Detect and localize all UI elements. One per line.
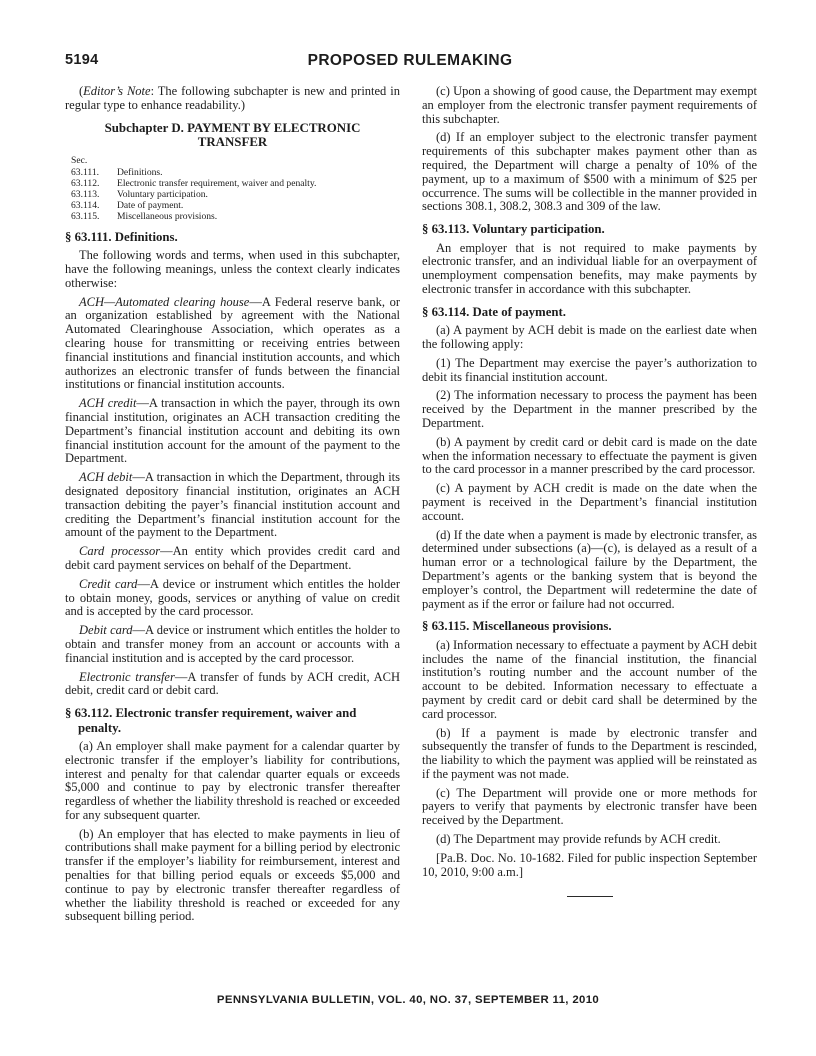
subchapter-heading: Subchapter D. PAYMENT BY ELECTRONIC TRAN…: [82, 121, 384, 150]
section-toc: Sec. 63.111. Definitions. 63.112. Electr…: [65, 155, 400, 222]
toc-entry-number: 63.112.: [71, 178, 117, 189]
definition-card-processor: Card processor—An entity which provides …: [65, 545, 400, 573]
section-heading-63-111: § 63.111. Definitions.: [65, 230, 400, 244]
header-title: PROPOSED RULEMAKING: [65, 52, 755, 70]
paragraph-63-114-a1: (1) The Department may exercise the paye…: [422, 357, 757, 385]
paragraph-63-112-b: (b) An employer that has elected to make…: [65, 828, 400, 925]
definition-term: Debit card: [79, 623, 133, 637]
filing-note: [Pa.B. Doc. No. 10-1682. Filed for publi…: [422, 852, 757, 880]
editors-note-term: Editor’s Note: [83, 84, 150, 98]
paragraph-63-114-b: (b) A payment by credit card or debit ca…: [422, 436, 757, 477]
toc-entry: 63.113. Voluntary participation.: [71, 189, 400, 200]
paragraph-63-114-a: (a) A payment by ACH debit is made on th…: [422, 324, 757, 352]
definition-ach: ACH—Automated clearing house—A Federal r…: [65, 296, 400, 393]
definition-ach-credit: ACH credit—A transaction in which the pa…: [65, 397, 400, 466]
page-header: 5194 PROPOSED RULEMAKING: [65, 52, 755, 72]
section-heading-63-115: § 63.115. Miscellaneous provisions.: [422, 619, 757, 633]
paragraph-63-114-c: (c) A payment by ACH credit is made on t…: [422, 482, 757, 523]
toc-entry: 63.112. Electronic transfer requirement,…: [71, 178, 400, 189]
definition-debit-card: Debit card—A device or instrument which …: [65, 624, 400, 665]
paragraph-63-115-b: (b) If a payment is made by electronic t…: [422, 727, 757, 782]
left-column: (Editor’s Note: The following subchapter…: [65, 85, 400, 924]
toc-entry-number: 63.115.: [71, 211, 117, 222]
paragraph-63-112-c: (c) Upon a showing of good cause, the De…: [422, 85, 757, 126]
page-footer: PENNSYLVANIA BULLETIN, VOL. 40, NO. 37, …: [0, 994, 816, 1006]
definition-term: Credit card: [79, 577, 137, 591]
paragraph-63-115-c: (c) The Department will provide one or m…: [422, 787, 757, 828]
toc-entry: 63.111. Definitions.: [71, 167, 400, 178]
section-heading-63-113: § 63.113. Voluntary participation.: [422, 222, 757, 236]
paragraph-63-115-a: (a) Information necessary to effectuate …: [422, 639, 757, 722]
toc-entry-title: Voluntary participation.: [117, 189, 400, 200]
paragraph-63-113: An employer that is not required to make…: [422, 242, 757, 297]
paragraph-63-111-intro: The following words and terms, when used…: [65, 249, 400, 290]
definition-term: Electronic transfer: [79, 670, 175, 684]
paragraph-63-112-d: (d) If an employer subject to the electr…: [422, 131, 757, 214]
toc-entry-title: Definitions.: [117, 167, 400, 178]
paragraph-63-114-d: (d) If the date when a payment is made b…: [422, 529, 757, 612]
section-heading-63-114: § 63.114. Date of payment.: [422, 305, 757, 319]
toc-entry-number: 63.113.: [71, 189, 117, 200]
definition-ach-debit: ACH debit—A transaction in which the Dep…: [65, 471, 400, 540]
page-number: 5194: [65, 52, 98, 68]
definition-term: ACH—Automated clearing house: [79, 295, 249, 309]
end-of-document-rule: [567, 896, 613, 897]
document-body: (Editor’s Note: The following subchapter…: [65, 85, 757, 924]
toc-entry-number: 63.114.: [71, 200, 117, 211]
paragraph-63-114-a2: (2) The information necessary to process…: [422, 389, 757, 430]
toc-entry: 63.114. Date of payment.: [71, 200, 400, 211]
editors-note: (Editor’s Note: The following subchapter…: [65, 85, 400, 113]
toc-entry: 63.115. Miscellaneous provisions.: [71, 211, 400, 222]
toc-entry-number: 63.111.: [71, 167, 117, 178]
definition-term: ACH debit: [79, 470, 132, 484]
definition-term: Card processor: [79, 544, 160, 558]
paragraph-63-112-a: (a) An employer shall make payment for a…: [65, 740, 400, 823]
toc-entry-title: Date of payment.: [117, 200, 400, 211]
definition-credit-card: Credit card—A device or instrument which…: [65, 578, 400, 619]
right-column: (c) Upon a showing of good cause, the De…: [422, 85, 757, 924]
toc-entry-title: Miscellaneous provisions.: [117, 211, 400, 222]
definition-text: —A Federal reserve bank, or an organizat…: [65, 295, 400, 392]
paragraph-63-115-d: (d) The Department may provide refunds b…: [422, 833, 757, 847]
section-heading-63-112: § 63.112. Electronic transfer requiremen…: [65, 706, 400, 735]
toc-entry-title: Electronic transfer requirement, waiver …: [117, 178, 400, 189]
definition-electronic-transfer: Electronic transfer—A transfer of funds …: [65, 671, 400, 699]
definition-term: ACH credit: [79, 396, 136, 410]
toc-label: Sec.: [71, 155, 400, 166]
